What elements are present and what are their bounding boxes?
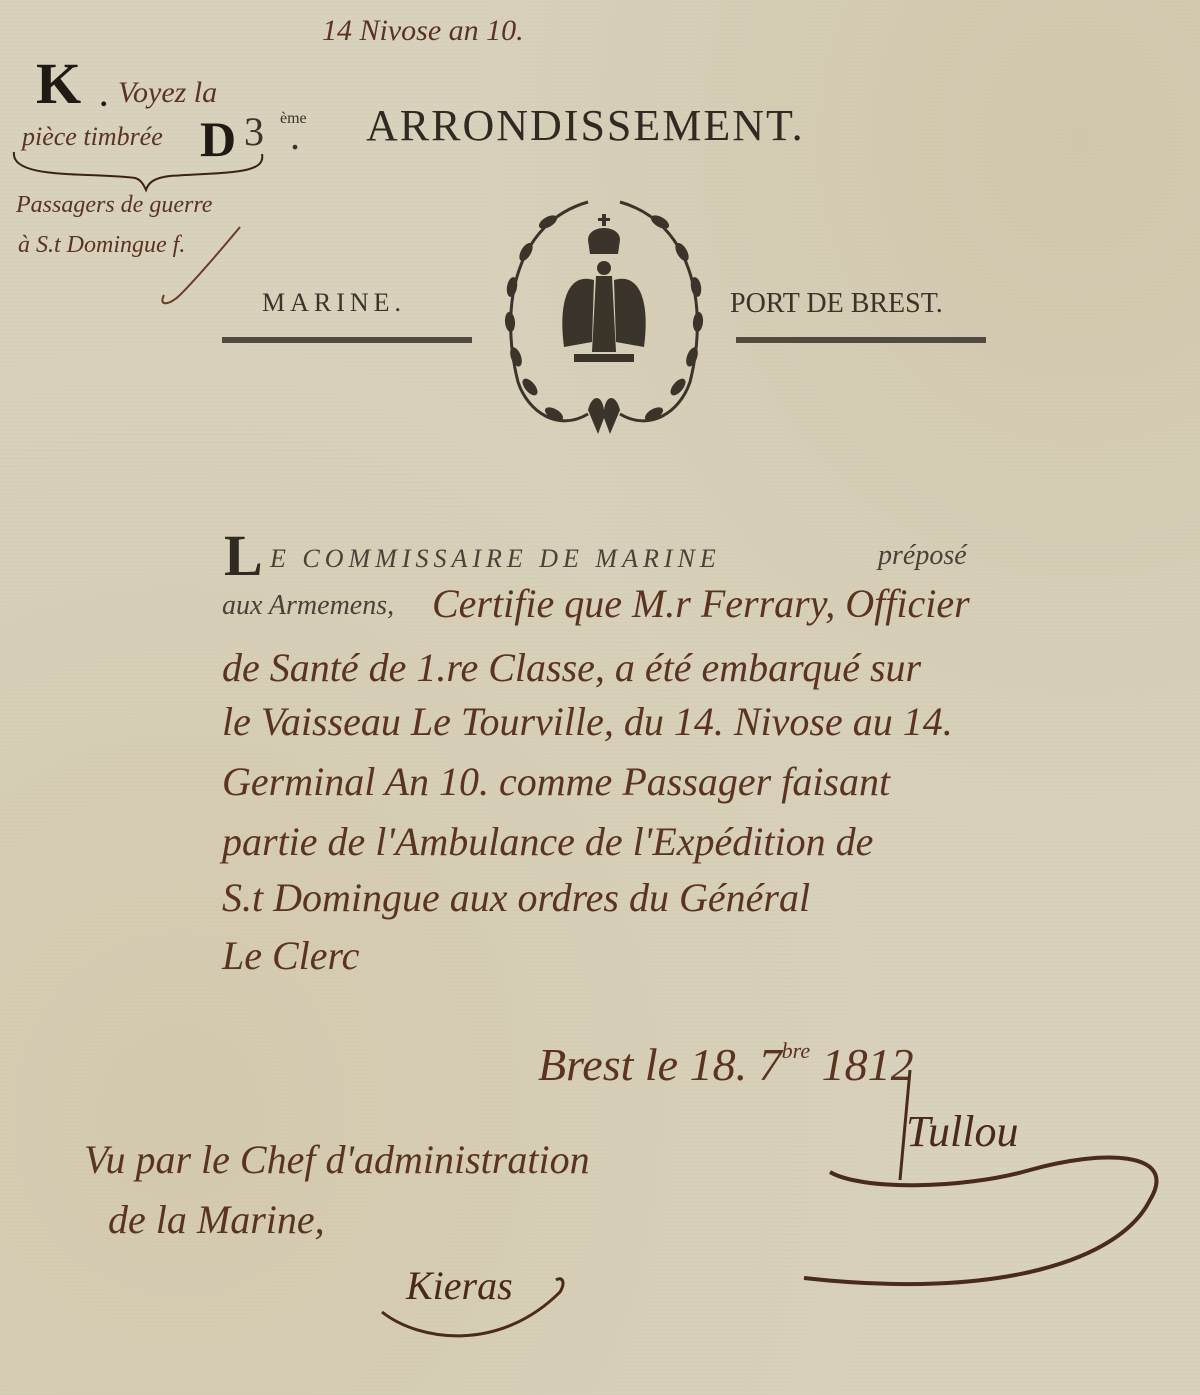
signature-flourish-icon — [800, 1110, 1180, 1300]
header-right-label: PORT DE BREST. — [730, 288, 943, 320]
curly-brace-icon — [10, 150, 265, 190]
visa-line-1: Vu par le Chef d'administration — [84, 1136, 590, 1183]
body-line-3: le Vaisseau Le Tourville, du 14. Nivose … — [222, 698, 953, 745]
dropcap-letter: L — [224, 522, 263, 589]
signature-visa-flourish-icon — [380, 1272, 580, 1347]
margin-note-piece-timbree: pièce timbrée — [22, 122, 163, 152]
printed-aux-armemens: aux Armemens, — [222, 590, 394, 622]
header-title: ARRONDISSEMENT. — [366, 100, 805, 151]
body-line-5: partie de l'Ambulance de l'Expédition de — [222, 818, 873, 865]
header-rule-right — [736, 337, 986, 343]
margin-note-voyez: Voyez la — [118, 76, 217, 110]
visa-line-2: de la Marine, — [108, 1196, 325, 1243]
imperial-eagle-wreath-icon — [488, 182, 720, 452]
header-rule-left — [222, 337, 472, 343]
pen-flourish-icon — [130, 215, 250, 310]
date-place: Brest le 18. 7bre 1812 — [538, 1038, 914, 1091]
top-note-date: 14 Nivose an 10. — [322, 14, 524, 48]
stamp-dot: . — [100, 80, 108, 114]
body-line-6: S.t Domingue aux ordres du Général — [222, 874, 810, 921]
header-left-label: MARINE. — [262, 288, 406, 318]
body-line-4: Germinal An 10. comme Passager faisant — [222, 758, 890, 805]
body-line-2: de Santé de 1.re Classe, a été embarqué … — [222, 644, 921, 691]
printed-prepose: préposé — [878, 540, 967, 572]
printed-heading: E COMMISSAIRE DE MARINE — [270, 544, 721, 574]
body-line-7: Le Clerc — [222, 932, 359, 979]
date-month-suffix: bre — [782, 1038, 811, 1063]
arrondissement-dot: . — [290, 112, 300, 159]
stamp-letter-k: K — [36, 50, 81, 117]
arrondissement-number: 3 — [244, 108, 264, 155]
date-year: 1812 — [810, 1039, 914, 1090]
body-line-1: Certifie que M.r Ferrary, Officier — [432, 580, 970, 627]
date-place-text: Brest le 18. 7 — [538, 1039, 782, 1090]
